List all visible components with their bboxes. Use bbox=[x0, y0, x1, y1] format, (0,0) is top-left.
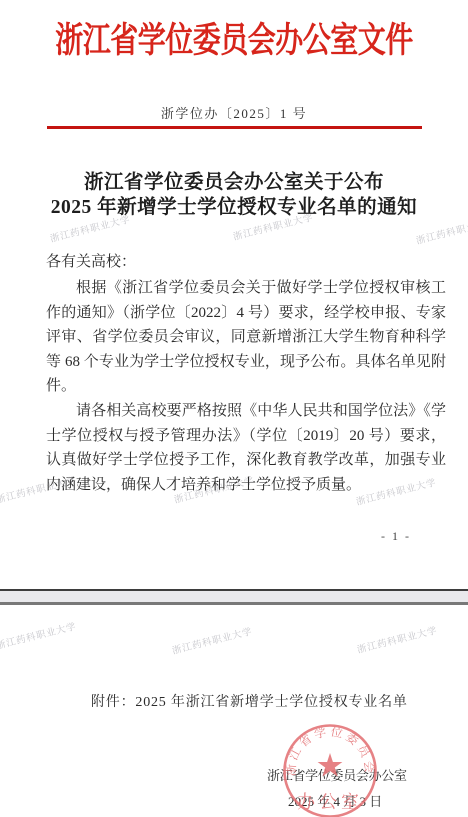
red-divider-rule bbox=[47, 126, 422, 129]
notice-title: 浙江省学位委员会办公室关于公布 2025 年新增学士学位授权专业名单的通知 bbox=[0, 170, 468, 220]
attachment-line: 附件：2025 年浙江省新增学士学位授权专业名单 bbox=[91, 691, 408, 711]
page-number: - 1 - bbox=[381, 529, 411, 544]
body-paragraph-2: 请各相关高校要严格按照《中华人民共和国学位法》《学士学位授权与授予管理办法》（学… bbox=[46, 399, 446, 497]
notice-body: 根据《浙江省学位委员会关于做好学士学位授权审核工作的通知》（浙学位〔2022〕4… bbox=[46, 276, 446, 497]
notice-title-line2: 2025 年新增学士学位授权专业名单的通知 bbox=[0, 195, 468, 220]
notice-title-line1: 浙江省学位委员会办公室关于公布 bbox=[0, 170, 468, 195]
official-seal: 浙江省学位委员会 办公室 bbox=[281, 722, 379, 817]
document-header-title: 浙江省学位委员会办公室文件 bbox=[0, 13, 468, 63]
body-paragraph-1: 根据《浙江省学位委员会关于做好学士学位授权审核工作的通知》（浙学位〔2022〕4… bbox=[46, 276, 446, 399]
watermark-text: 浙江药科职业大学 bbox=[170, 623, 253, 657]
document-number: 浙学位办〔2025〕1 号 bbox=[0, 103, 468, 122]
star-icon bbox=[318, 753, 343, 777]
watermark-text: 浙江药科职业大学 bbox=[355, 622, 438, 656]
salutation: 各有关高校： bbox=[46, 250, 136, 271]
seal-bottom-text: 办公室 bbox=[297, 792, 363, 812]
page-break-separator bbox=[0, 589, 468, 605]
watermark-text: 浙江药科职业大学 bbox=[0, 618, 78, 652]
